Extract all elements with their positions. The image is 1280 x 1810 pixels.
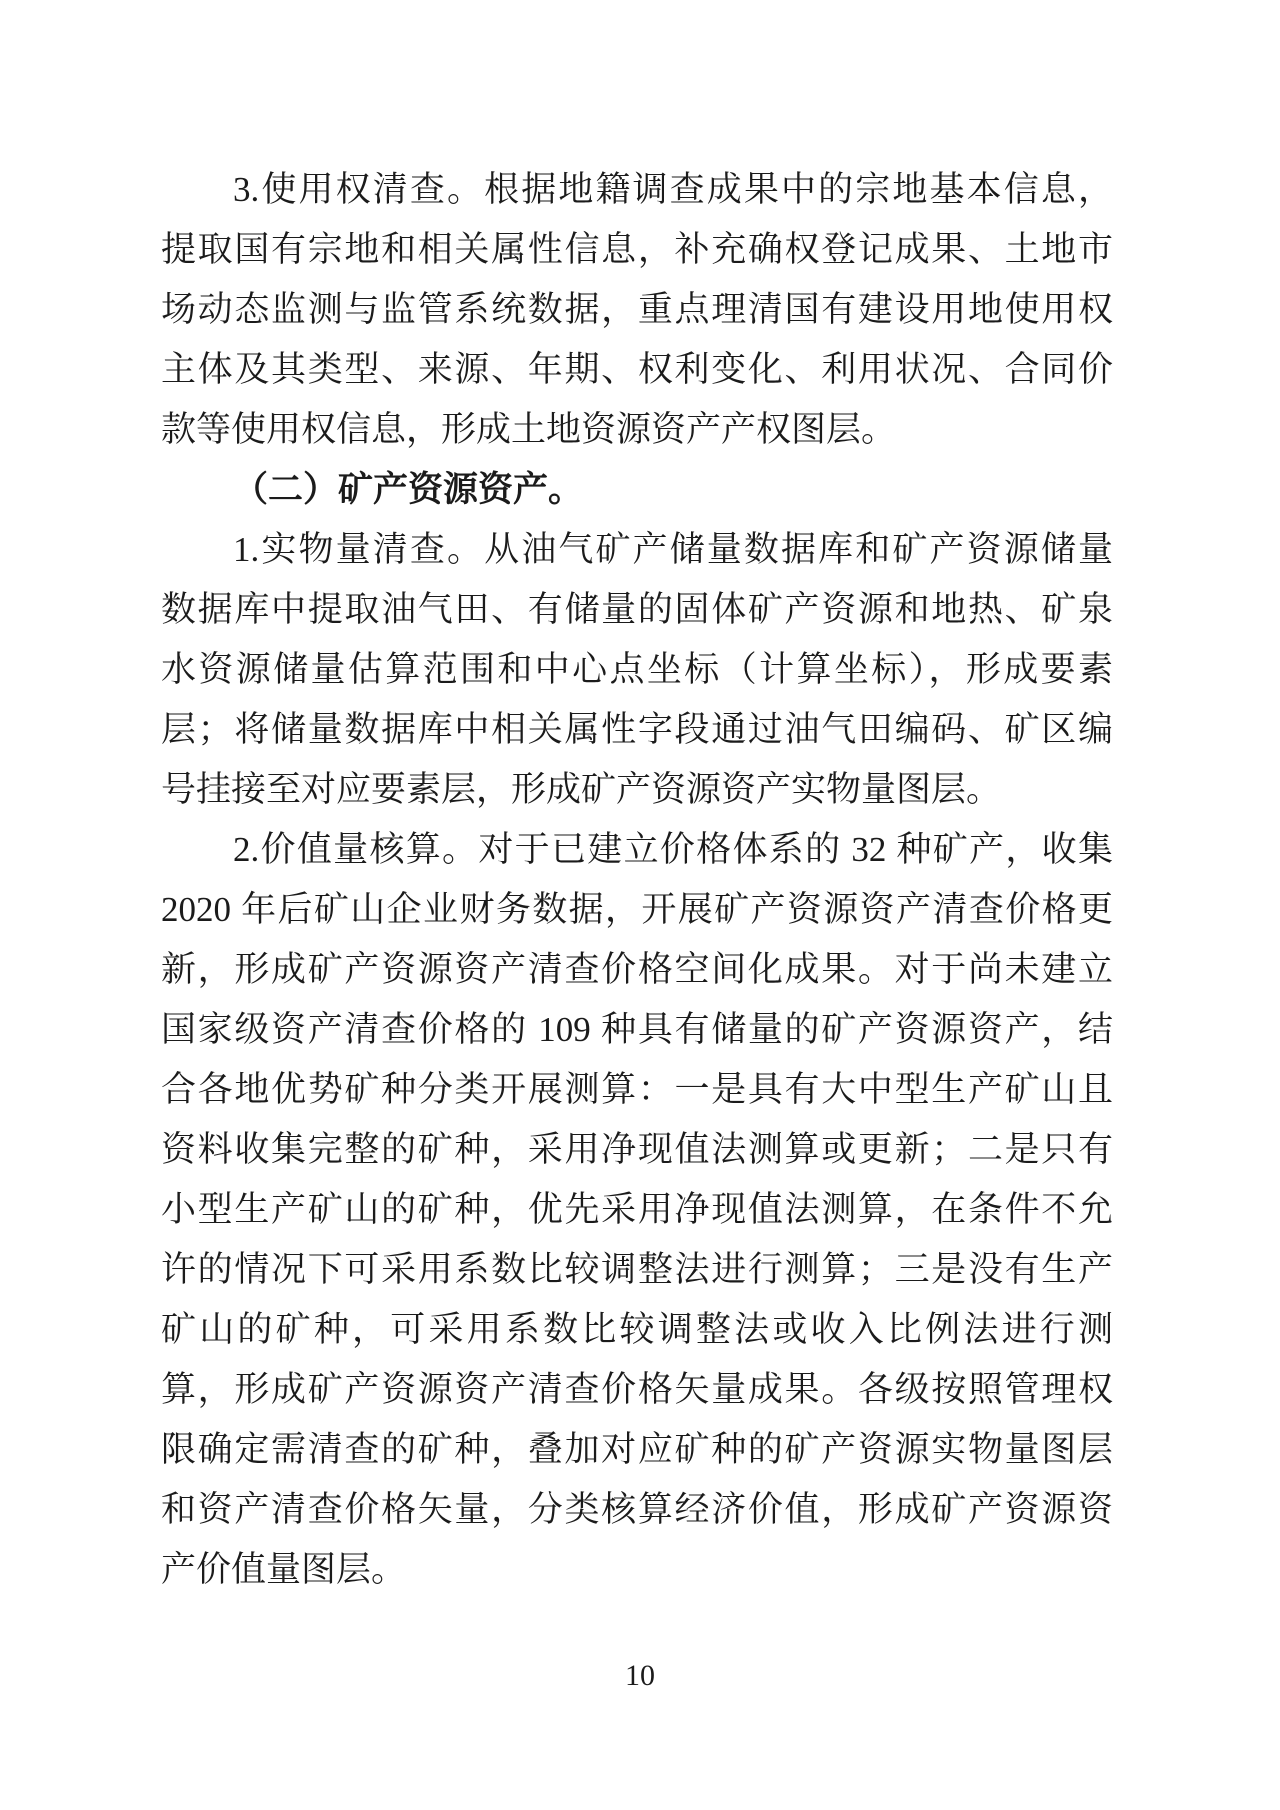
- text-line: 1.实物量清查。从油气矿产储量数据库和矿产资源储量: [161, 520, 1113, 580]
- text-line: 数据库中提取油气田、有储量的固体矿产资源和地热、矿泉: [161, 580, 1113, 640]
- text-line: 许的情况下可采用系数比较调整法进行测算；三是没有生产: [161, 1240, 1113, 1300]
- text-line: 提取国有宗地和相关属性信息，补充确权登记成果、土地市: [161, 220, 1113, 280]
- section-heading: （二）矿产资源资产。: [161, 460, 1113, 520]
- text-line: 资料收集完整的矿种，采用净现值法测算或更新；二是只有: [161, 1120, 1113, 1180]
- text-line: 和资产清查价格矢量，分类核算经济价值，形成矿产资源资: [161, 1480, 1113, 1540]
- text-line: 国家级资产清查价格的 109 种具有储量的矿产资源资产，结: [161, 1000, 1113, 1060]
- text-line: 层；将储量数据库中相关属性字段通过油气田编码、矿区编: [161, 700, 1113, 760]
- text-line: 主体及其类型、来源、年期、权利变化、利用状况、合同价: [161, 340, 1113, 400]
- text-line: 小型生产矿山的矿种，优先采用净现值法测算，在条件不允: [161, 1180, 1113, 1240]
- text-line: 水资源储量估算范围和中心点坐标（计算坐标），形成要素: [161, 640, 1113, 700]
- text-line: 3.使用权清查。根据地籍调查成果中的宗地基本信息，: [161, 160, 1113, 220]
- text-line: 场动态监测与监管系统数据，重点理清国有建设用地使用权: [161, 280, 1113, 340]
- text-line: 矿山的矿种，可采用系数比较调整法或收入比例法进行测: [161, 1300, 1113, 1360]
- text-line: 产价值量图层。: [161, 1540, 1113, 1600]
- document-page: 3.使用权清查。根据地籍调查成果中的宗地基本信息， 提取国有宗地和相关属性信息，…: [0, 0, 1280, 1810]
- text-line: 合各地优势矿种分类开展测算：一是具有大中型生产矿山且: [161, 1060, 1113, 1120]
- text-line: 款等使用权信息，形成土地资源资产产权图层。: [161, 400, 1113, 460]
- page-number: 10: [0, 1658, 1280, 1694]
- text-line: 2020 年后矿山企业财务数据，开展矿产资源资产清查价格更: [161, 880, 1113, 940]
- text-line: 新，形成矿产资源资产清查价格空间化成果。对于尚未建立: [161, 940, 1113, 1000]
- text-line: 2.价值量核算。对于已建立价格体系的 32 种矿产，收集: [161, 820, 1113, 880]
- text-line: 限确定需清查的矿种，叠加对应矿种的矿产资源实物量图层: [161, 1420, 1113, 1480]
- text-block: 3.使用权清查。根据地籍调查成果中的宗地基本信息， 提取国有宗地和相关属性信息，…: [161, 160, 1113, 1600]
- text-line: 号挂接至对应要素层，形成矿产资源资产实物量图层。: [161, 760, 1113, 820]
- text-line: 算，形成矿产资源资产清查价格矢量成果。各级按照管理权: [161, 1360, 1113, 1420]
